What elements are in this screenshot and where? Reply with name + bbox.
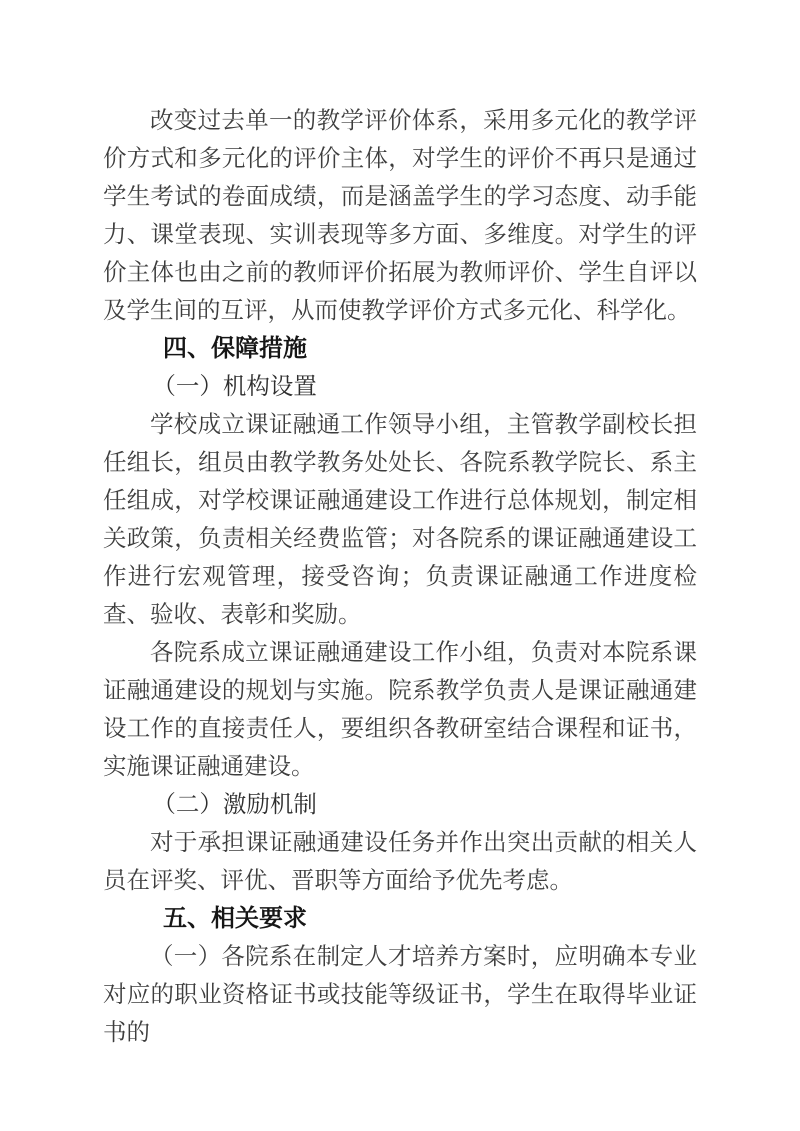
heading-section-5-requirements: 五、相关要求 [103,900,697,938]
subheading-1-organization-setup: （一）机构设置 [103,368,697,406]
heading-section-4-safeguards: 四、保障措施 [103,330,697,368]
subheading-2-incentive-mechanism: （二）激励机制 [103,786,697,824]
paragraph-talent-plan-certificates: （一）各院系在制定人才培养方案时，应明确本专业对应的职业资格证书或技能等级证书，… [103,938,697,1052]
document-page: 改变过去单一的教学评价体系，采用多元化的教学评价方式和多元化的评价主体，对学生的… [0,0,800,1131]
paragraph-incentive-priority: 对于承担课证融通建设任务并作出突出贡献的相关人员在评奖、评优、晋职等方面给予优先… [103,824,697,900]
paragraph-department-work-group: 各院系成立课证融通建设工作小组，负责对本院系课证融通建设的规划与实施。院系教学负… [103,634,697,786]
document-content: 改变过去单一的教学评价体系，采用多元化的教学评价方式和多元化的评价主体，对学生的… [103,102,697,1052]
paragraph-school-leading-group: 学校成立课证融通工作领导小组，主管教学副校长担任组长，组员由教学教务处处长、各院… [103,406,697,634]
paragraph-evaluation-system: 改变过去单一的教学评价体系，采用多元化的教学评价方式和多元化的评价主体，对学生的… [103,102,697,330]
